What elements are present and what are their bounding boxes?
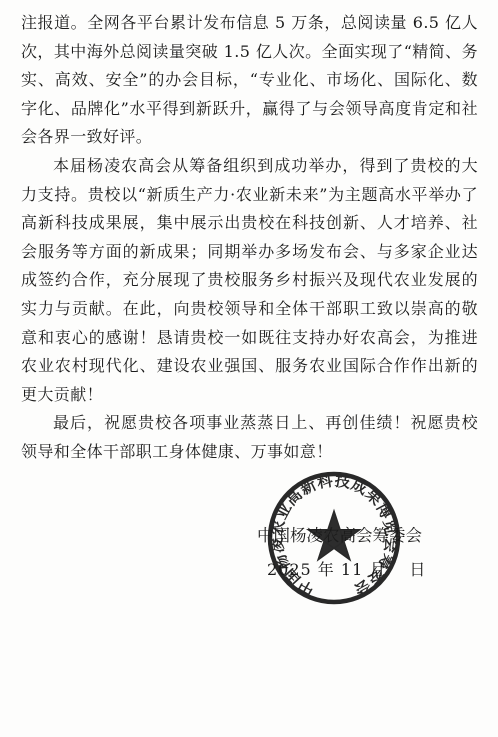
document-page: 注报道。全网各平台累计发布信息 5 万条，总阅读量 6.5 亿人次，其中海外总阅… — [0, 0, 498, 737]
star-icon — [308, 511, 359, 560]
paragraph-thanks: 本届杨凌农高会从筹备组织到成功举办，得到了贵校的大力支持。贵校以“新质生产力·农… — [21, 152, 478, 409]
official-seal-stamp: 中国杨凌农业高新科技成果博览会筹委会 — [249, 453, 419, 623]
paragraph-continuation: 注报道。全网各平台累计发布信息 5 万条，总阅读量 6.5 亿人次，其中海外总阅… — [21, 9, 478, 152]
letter-body: 注报道。全网各平台累计发布信息 5 万条，总阅读量 6.5 亿人次，其中海外总阅… — [21, 9, 478, 467]
